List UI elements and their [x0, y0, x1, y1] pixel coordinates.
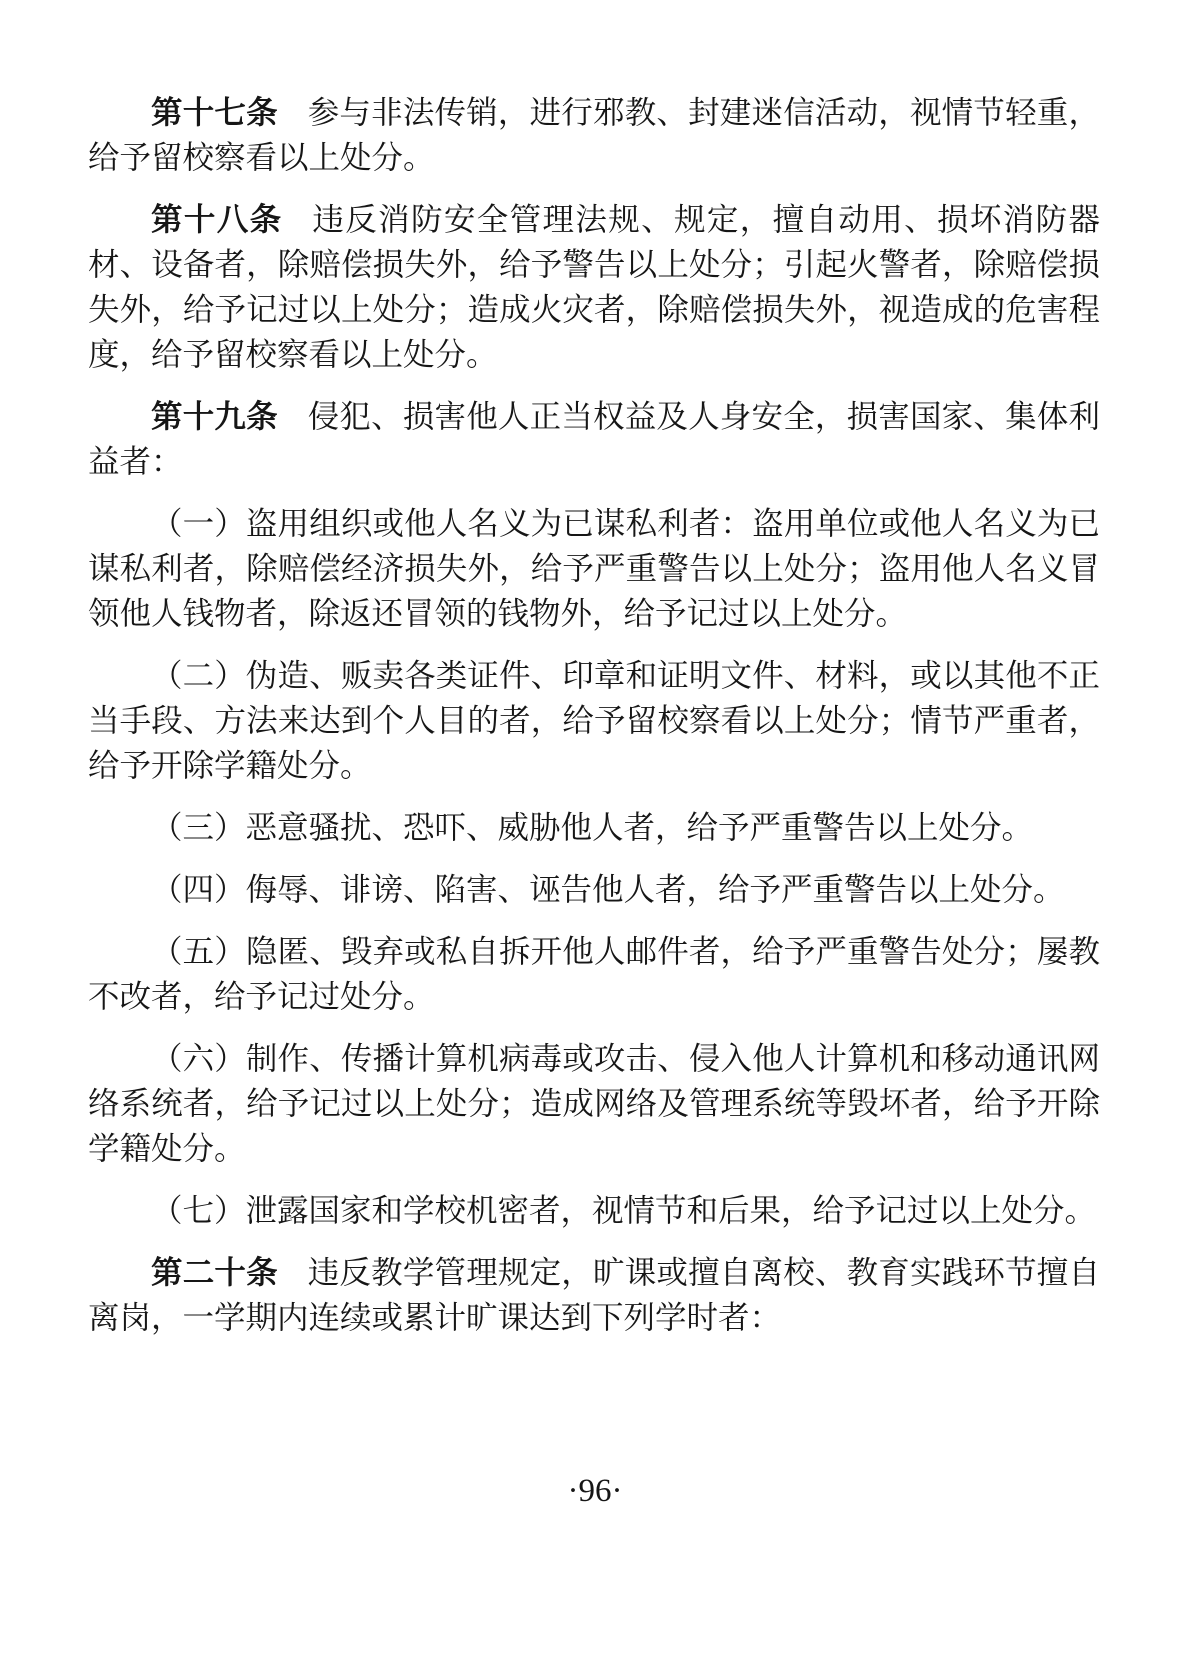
article-heading: 第十八条	[151, 202, 283, 237]
paragraph-text: 泄露国家和学校机密者，视情节和后果，给予记过以上处分。	[246, 1193, 1097, 1228]
article-paragraph: 第十七条参与非法传销，进行邪教、封建迷信活动，视情节轻重，给予留校察看以上处分。	[88, 90, 1100, 180]
list-item-paragraph: （二）伪造、贩卖各类证件、印章和证明文件、材料，或以其他不正当手段、方法来达到个…	[88, 653, 1100, 788]
paragraph-text: 侮辱、诽谤、陷害、诬告他人者，给予严重警告以上处分。	[246, 872, 1065, 907]
document-body: 第十七条参与非法传销，进行邪教、封建迷信活动，视情节轻重，给予留校察看以上处分。…	[88, 90, 1100, 1357]
item-label: （二）	[151, 658, 246, 693]
article-heading: 第十七条	[151, 95, 278, 130]
item-label: （六）	[151, 1041, 246, 1076]
paragraph-text: 恶意骚扰、恐吓、威胁他人者，给予严重警告以上处分。	[246, 810, 1034, 845]
item-label: （三）	[151, 810, 246, 845]
list-item-paragraph: （六）制作、传播计算机病毒或攻击、侵入他人计算机和移动通讯网络系统者，给予记过以…	[88, 1036, 1100, 1171]
item-label: （五）	[151, 934, 246, 969]
article-heading: 第十九条	[151, 399, 278, 434]
list-item-paragraph: （五）隐匿、毁弃或私自拆开他人邮件者，给予严重警告处分；屡教不改者，给予记过处分…	[88, 929, 1100, 1019]
list-item-paragraph: （三）恶意骚扰、恐吓、威胁他人者，给予严重警告以上处分。	[88, 805, 1100, 850]
list-item-paragraph: （四）侮辱、诽谤、陷害、诬告他人者，给予严重警告以上处分。	[88, 867, 1100, 912]
list-item-paragraph: （七）泄露国家和学校机密者，视情节和后果，给予记过以上处分。	[88, 1188, 1100, 1233]
article-paragraph: 第十八条违反消防安全管理法规、规定，擅自动用、损坏消防器材、设备者，除赔偿损失外…	[88, 197, 1100, 377]
item-label: （七）	[151, 1193, 246, 1228]
article-heading: 第二十条	[151, 1255, 278, 1290]
page-number: ·96·	[0, 1473, 1190, 1509]
article-paragraph: 第二十条违反教学管理规定，旷课或擅自离校、教育实践环节擅自离岗，一学期内连续或累…	[88, 1250, 1100, 1340]
item-label: （四）	[151, 872, 246, 907]
document-page: 第十七条参与非法传销，进行邪教、封建迷信活动，视情节轻重，给予留校察看以上处分。…	[0, 0, 1190, 1670]
article-paragraph: 第十九条侵犯、损害他人正当权益及人身安全，损害国家、集体利益者：	[88, 394, 1100, 484]
item-label: （一）	[151, 506, 246, 541]
list-item-paragraph: （一）盗用组织或他人名义为已谋私利者：盗用单位或他人名义为已谋私利者，除赔偿经济…	[88, 501, 1100, 636]
